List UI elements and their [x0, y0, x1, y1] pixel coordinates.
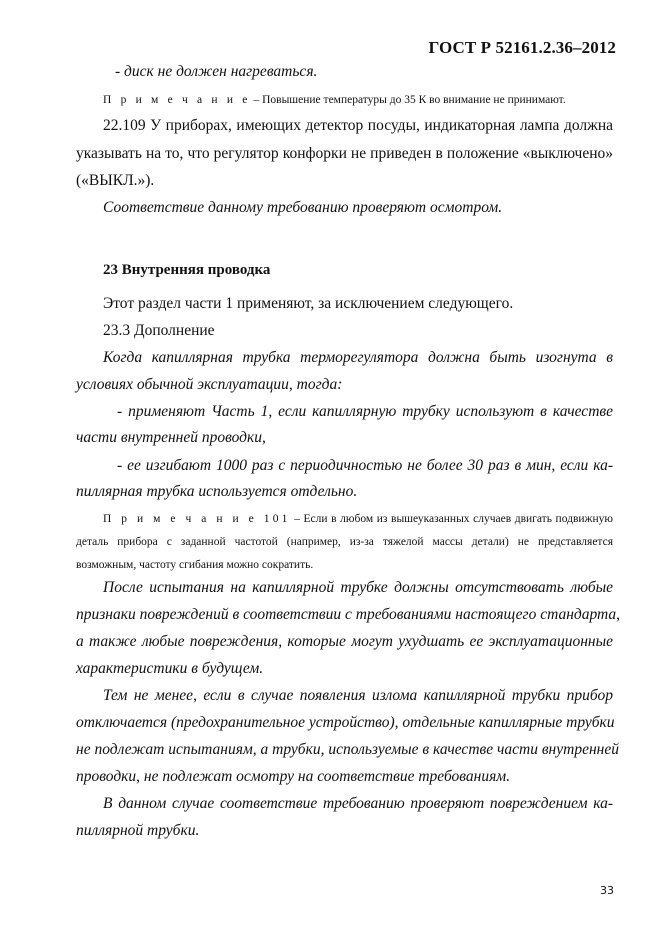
list-item-cont: пиллярная трубка используется отдельно.: [76, 483, 357, 501]
paragraph-line: После испытания на капиллярной трубке до…: [103, 579, 613, 597]
paragraph-line: характеристики в будущем.: [76, 660, 263, 678]
page-number: 33: [600, 884, 614, 897]
paragraph-line: указывать на то, что регулятор конфорки …: [76, 145, 613, 163]
note-text: – Если в любом из вышеуказанных случаев …: [291, 513, 613, 525]
note: П р и м е ч а н и е – Повышение температ…: [103, 93, 566, 107]
list-item: - ее изгибают 1000 раз с периодичностью …: [117, 457, 613, 475]
list-item: - диск не должен нагреваться.: [115, 63, 317, 81]
list-item: - применяют Часть 1, если капиллярную тр…: [117, 403, 613, 421]
paragraph-line: а также любые повреждения, которые могут…: [76, 633, 613, 651]
note-label: П р и м е ч а н и е 101: [103, 513, 291, 525]
list-item-cont: части внутренней проводки,: [76, 429, 266, 447]
paragraph-line: («ВЫКЛ.»).: [76, 172, 154, 190]
subsection-title: 23.3 Дополнение: [103, 322, 215, 340]
paragraph-line: Тем не менее, если в случае появления из…: [103, 687, 613, 705]
note-line: деталь прибора с заданной частотой (напр…: [76, 535, 613, 549]
paragraph-line: условиях обычной эксплуатации, тогда:: [76, 376, 342, 394]
paragraph-line: Этот раздел части 1 применяют, за исключ…: [103, 295, 513, 313]
section-title: 23 Внутренняя проводка: [103, 262, 270, 279]
paragraph-line: отключается (предохранительное устройств…: [76, 714, 613, 732]
compliance-statement-cont: пиллярной трубки.: [76, 822, 199, 840]
paragraph-line: Когда капиллярная трубка терморегулятора…: [103, 349, 613, 367]
compliance-statement: Соответствие данному требованию проверяю…: [103, 199, 502, 217]
paragraph-line: проводки, не подлежат осмотру на соответ…: [76, 768, 510, 786]
note-text: – Повышение температуры до 35 К во внима…: [251, 94, 566, 106]
note-line: возможным, частоту сгибания можно сократ…: [76, 558, 313, 572]
paragraph-line: не подлежат испытаниям, а трубки, исполь…: [76, 741, 613, 759]
compliance-statement: В данном случае соответствие требованию …: [103, 795, 613, 813]
paragraph-line: признаки повреждений в соответствии с тр…: [76, 606, 613, 624]
note: П р и м е ч а н и е 101 – Если в любом и…: [103, 512, 613, 526]
note-label: П р и м е ч а н и е: [103, 94, 251, 106]
document-code-header: ГОСТ Р 52161.2.36–2012: [428, 38, 616, 58]
paragraph-line: 22.109 У приборах, имеющих детектор посу…: [103, 117, 613, 135]
